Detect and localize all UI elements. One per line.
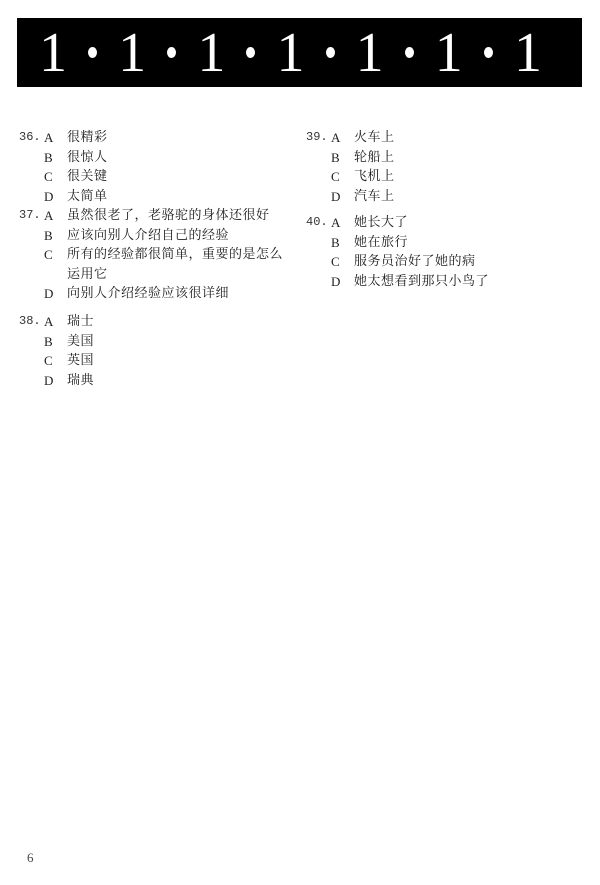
option-text: 很精彩 [67, 128, 108, 147]
bullet-separator-icon [88, 47, 97, 58]
option-letter: C [331, 167, 340, 186]
question-number: 39. [306, 128, 328, 147]
option-text: 很惊人 [67, 148, 108, 167]
question-number: 36. [19, 128, 41, 147]
question-number: 37. [19, 206, 41, 225]
option-text: 运用它 [67, 265, 108, 284]
question-number: 38. [19, 312, 41, 331]
option-letter: A [44, 312, 53, 331]
bullet-separator-icon [167, 47, 176, 58]
option-letter: D [44, 187, 53, 206]
banner-digit: 1 [118, 25, 146, 81]
option-text: 她长大了 [354, 213, 408, 232]
question-39: 39. A 火车上 B 轮船上 C 飞机上 D 汽车上 [306, 128, 576, 208]
option-text: 美国 [67, 332, 94, 351]
option-letter: C [44, 351, 53, 370]
option-letter: D [44, 284, 53, 303]
option-letter: D [331, 272, 340, 291]
page-number: 6 [27, 850, 34, 866]
option-letter: C [44, 167, 53, 186]
bullet-separator-icon [326, 47, 335, 58]
banner-digit: 1 [276, 25, 304, 81]
option-letter: B [331, 233, 340, 252]
question-36: 36. A 很精彩 B 很惊人 C 很关键 D 太简单 [19, 128, 299, 208]
option-text: 很关键 [67, 167, 108, 186]
banner-digit: 1 [435, 25, 463, 81]
question-number: 40. [306, 213, 328, 232]
option-text: 应该向别人介绍自己的经验 [67, 226, 229, 245]
section-banner: 1 1 1 1 1 1 1 [17, 18, 582, 87]
banner-digit: 1 [514, 25, 542, 81]
option-text: 虽然很老了，老骆驼的身体还很好 [67, 206, 270, 225]
option-text: 她太想看到那只小鸟了 [354, 272, 489, 291]
bullet-separator-icon [484, 47, 493, 58]
option-letter: A [44, 128, 53, 147]
option-letter: B [331, 148, 340, 167]
option-letter: A [331, 128, 340, 147]
option-text: 所有的经验都很简单，重要的是怎么 [67, 245, 283, 264]
option-letter: B [44, 226, 53, 245]
banner-digit: 1 [356, 25, 384, 81]
bullet-separator-icon [246, 47, 255, 58]
option-text: 服务员治好了她的病 [354, 252, 476, 271]
option-text: 轮船上 [354, 148, 395, 167]
question-37: 37. A 虽然很老了，老骆驼的身体还很好 B 应该向别人介绍自己的经验 C 所… [19, 206, 304, 306]
option-letter: B [44, 148, 53, 167]
option-text: 她在旅行 [354, 233, 408, 252]
question-40: 40. A 她长大了 B 她在旅行 C 服务员治好了她的病 D 她太想看到那只小… [306, 213, 576, 293]
banner-digit: 1 [197, 25, 225, 81]
option-text: 汽车上 [354, 187, 395, 206]
bullet-separator-icon [405, 47, 414, 58]
option-text: 瑞典 [67, 371, 94, 390]
option-letter: C [44, 245, 53, 264]
option-text: 飞机上 [354, 167, 395, 186]
option-text: 英国 [67, 351, 94, 370]
option-text: 火车上 [354, 128, 395, 147]
option-text: 向别人介绍经验应该很详细 [67, 284, 229, 303]
option-letter: C [331, 252, 340, 271]
option-text: 瑞士 [67, 312, 94, 331]
option-letter: A [44, 206, 53, 225]
question-38: 38. A 瑞士 B 美国 C 英国 D 瑞典 [19, 312, 299, 392]
option-letter: D [331, 187, 340, 206]
option-letter: A [331, 213, 340, 232]
option-letter: B [44, 332, 53, 351]
option-text: 太简单 [67, 187, 108, 206]
option-letter: D [44, 371, 53, 390]
banner-digit: 1 [39, 25, 67, 81]
